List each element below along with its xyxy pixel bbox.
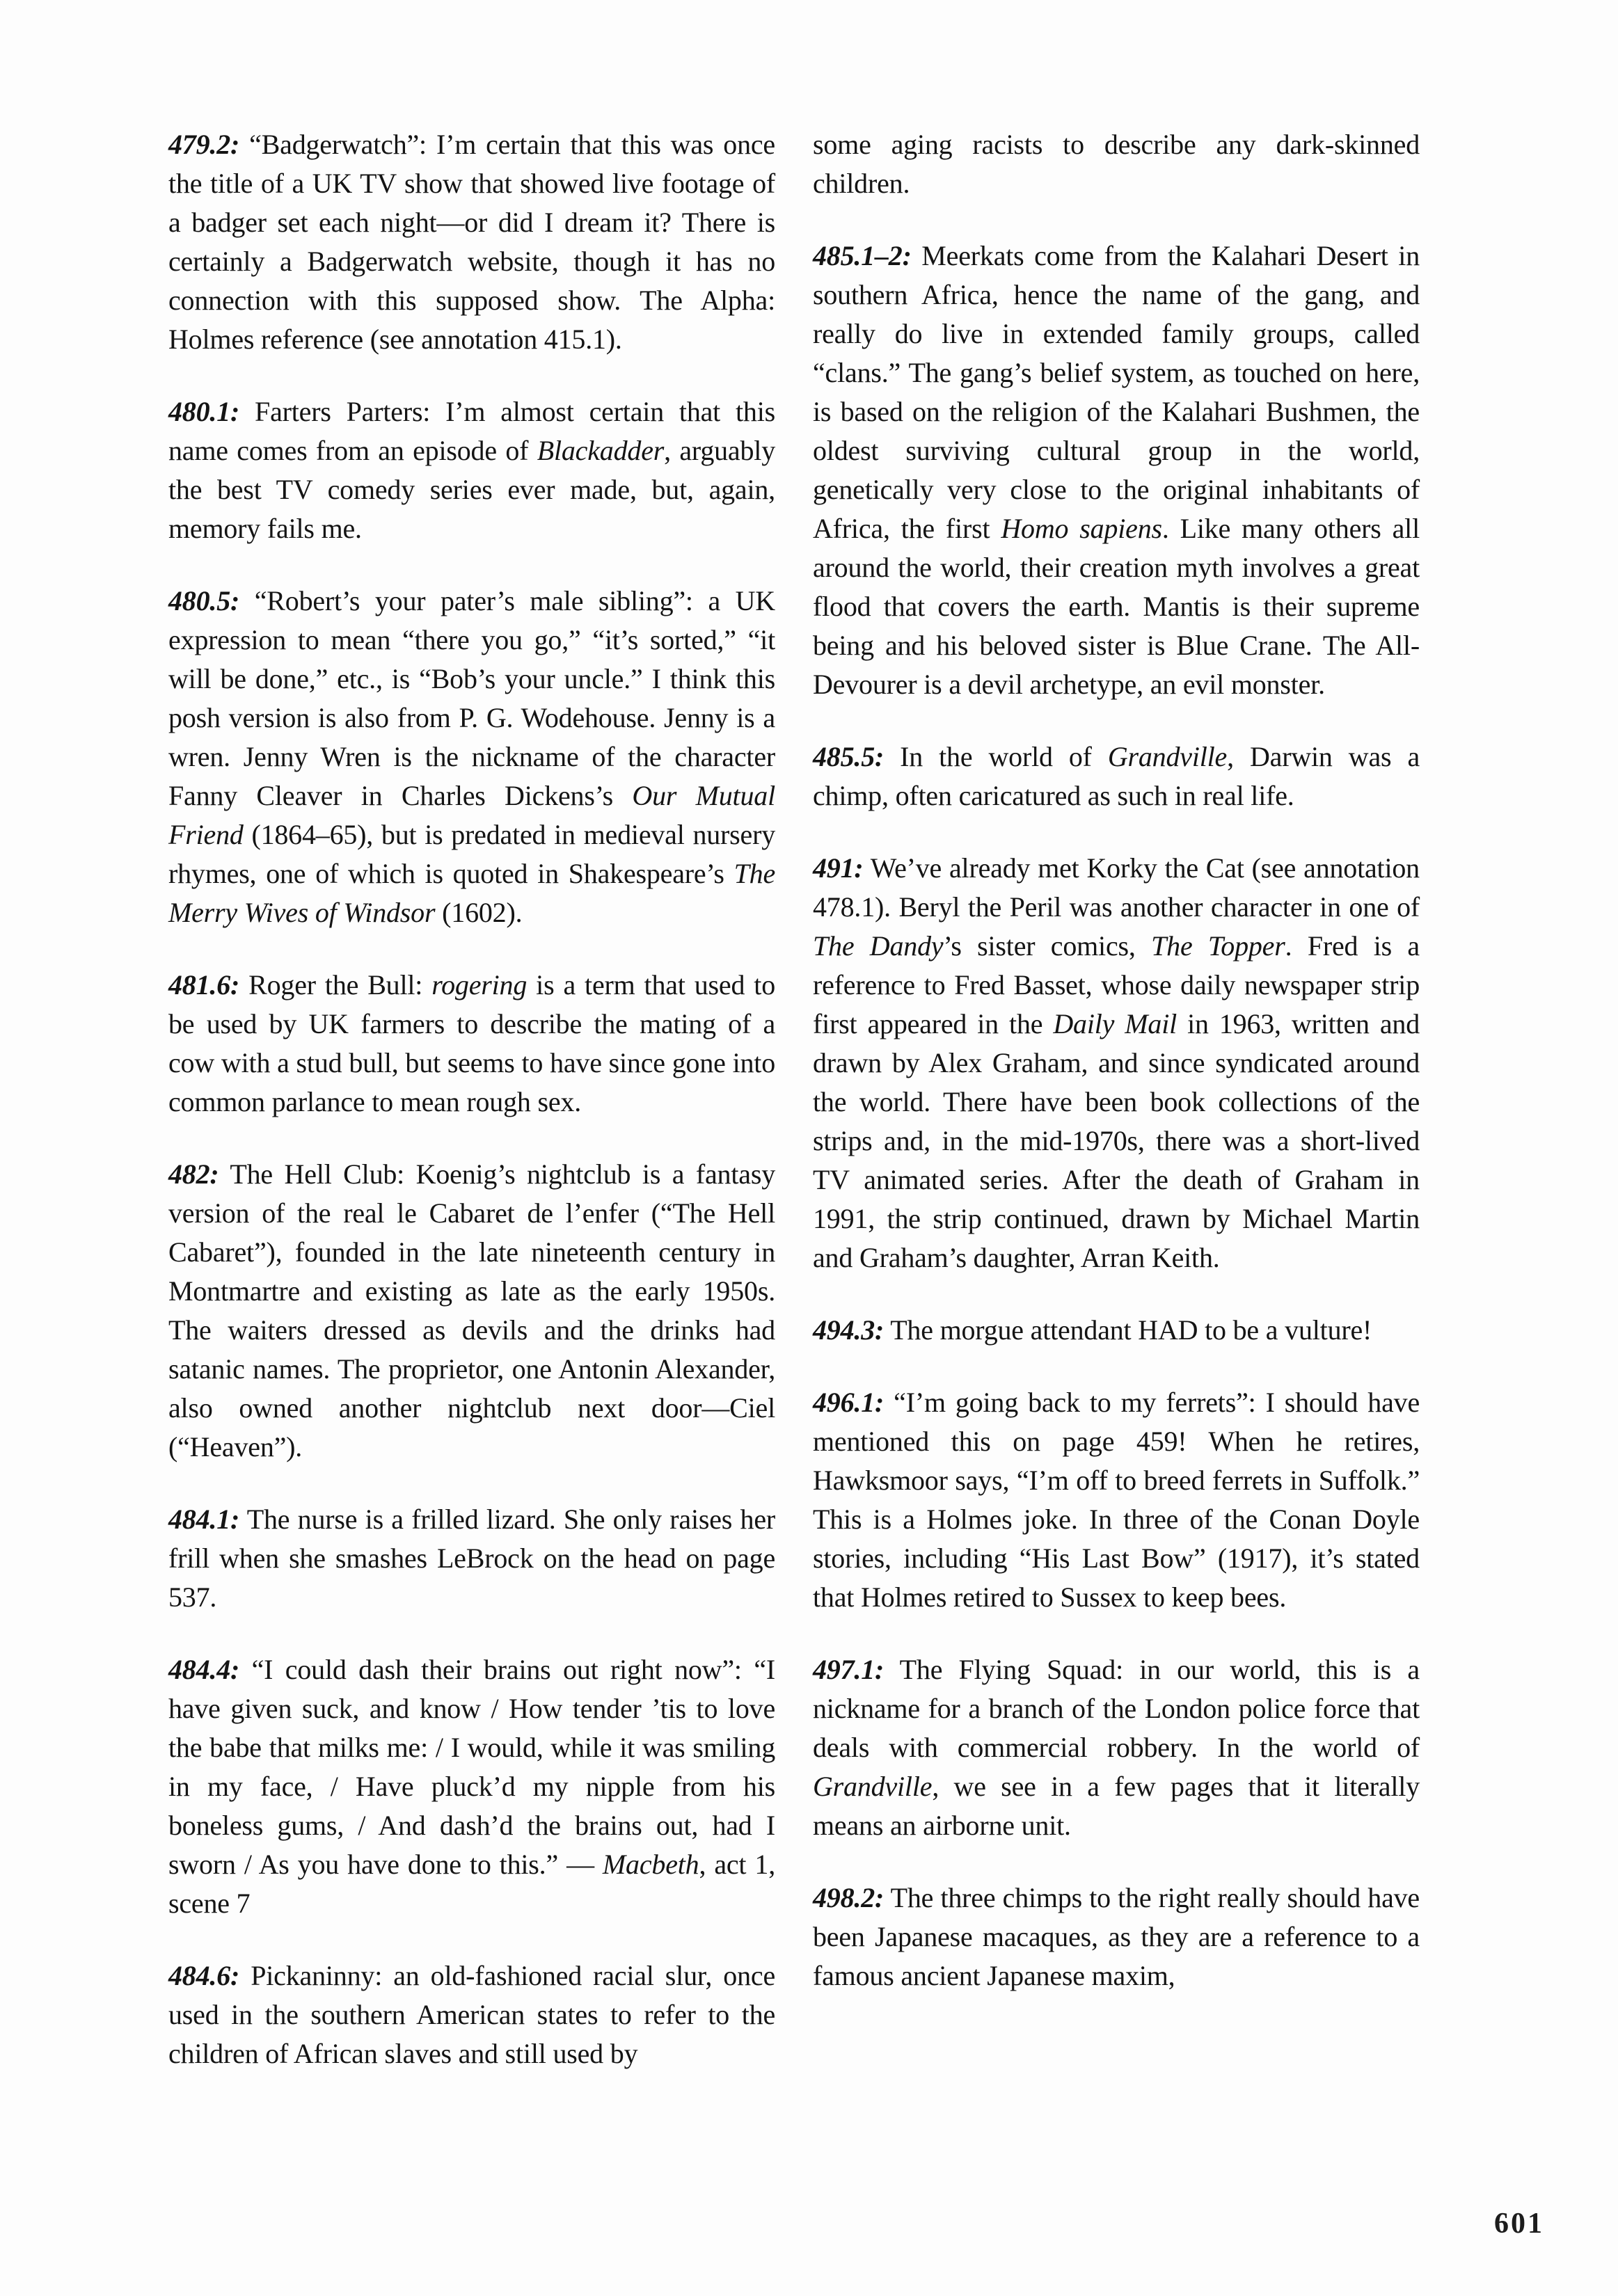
annotation-number: 484.6: <box>168 1960 239 1991</box>
text-run: The Hell Club: Koenig’s nightclub is a f… <box>168 1158 775 1462</box>
italic-title: Macbeth <box>603 1849 699 1880</box>
annotation-number: 480.1: <box>168 396 239 427</box>
annotation-paragraph: some aging racists to describe any dark-… <box>813 125 1420 203</box>
annotation-paragraph: 484.4: “I could dash their brains out ri… <box>168 1650 775 1923</box>
annotation-number: 479.2: <box>168 129 239 160</box>
text-run: Roger the Bull: <box>239 969 431 1000</box>
annotation-paragraph: 498.2: The three chimps to the right rea… <box>813 1879 1420 1995</box>
annotation-number: 482: <box>168 1158 219 1190</box>
text-run: “Badgerwatch”: I’m certain that this was… <box>168 129 775 355</box>
text-run: Meerkats come from the Kalahari Desert i… <box>813 240 1420 544</box>
text-run: “Robert’s your pater’s male sibling”: a … <box>168 585 775 811</box>
annotation-paragraph: 497.1: The Flying Squad: in our world, t… <box>813 1650 1420 1845</box>
text-run: Pickaninny: an old-fashioned racial slur… <box>168 1960 775 2069</box>
annotation-paragraph: 481.6: Roger the Bull: rogering is a ter… <box>168 966 775 1122</box>
annotation-paragraph: 484.6: Pickaninny: an old-fashioned raci… <box>168 1956 775 2073</box>
annotation-number: 494.3: <box>813 1314 884 1346</box>
text-column-left: 479.2: “Badgerwatch”: I’m certain that t… <box>168 125 775 2073</box>
annotation-number: 481.6: <box>168 969 239 1000</box>
annotation-paragraph: 484.1: The nurse is a frilled lizard. Sh… <box>168 1500 775 1617</box>
text-column-right: some aging racists to describe any dark-… <box>813 125 1420 1995</box>
annotation-number: 491: <box>813 852 864 884</box>
annotation-number: 498.2: <box>813 1882 884 1913</box>
annotation-paragraph: 485.1–2: Meerkats come from the Kalahari… <box>813 237 1420 704</box>
italic-title: Blackadder <box>537 435 664 466</box>
annotation-number: 496.1: <box>813 1387 884 1418</box>
text-run: some aging racists to describe any dark-… <box>813 129 1420 199</box>
text-run: (1864–65), but is predated in medieval n… <box>168 819 775 889</box>
text-run: The morgue attendant HAD to be a vulture… <box>884 1314 1372 1346</box>
book-page: 479.2: “Badgerwatch”: I’m certain that t… <box>0 0 1618 2296</box>
text-run: (1602). <box>435 897 522 928</box>
italic-title: The Dandy <box>813 930 943 962</box>
annotation-number: 485.1–2: <box>813 240 912 271</box>
page-number: 601 <box>1494 2207 1544 2240</box>
text-run: The three chimps to the right really sho… <box>813 1882 1420 1991</box>
annotation-paragraph: 494.3: The morgue attendant HAD to be a … <box>813 1311 1420 1350</box>
text-run: in 1963, written and drawn by Alex Graha… <box>813 1008 1420 1273</box>
annotation-paragraph: 496.1: “I’m going back to my ferrets”: I… <box>813 1383 1420 1617</box>
annotation-number: 497.1: <box>813 1654 884 1685</box>
annotation-paragraph: 480.1: Farters Parters: I’m almost certa… <box>168 392 775 548</box>
italic-title: Homo sapiens <box>1001 513 1162 544</box>
text-run: ’s sister comics, <box>943 930 1151 962</box>
text-run: We’ve already met Korky the Cat (see ann… <box>813 852 1420 923</box>
annotation-paragraph: 482: The Hell Club: Koenig’s nightclub i… <box>168 1155 775 1467</box>
text-run: In the world of <box>884 741 1108 772</box>
annotation-number: 485.5: <box>813 741 884 772</box>
italic-title: Daily Mail <box>1053 1008 1177 1039</box>
italic-title: Grandville <box>1108 741 1227 772</box>
text-run: The nurse is a frilled lizard. She only … <box>168 1504 775 1613</box>
text-run: “I could dash their brains out right now… <box>168 1654 775 1880</box>
annotation-number: 484.1: <box>168 1504 239 1535</box>
text-run: “I’m going back to my ferrets”: I should… <box>813 1387 1420 1613</box>
text-run: The Flying Squad: in our world, this is … <box>813 1654 1420 1763</box>
annotation-paragraph: 491: We’ve already met Korky the Cat (se… <box>813 849 1420 1277</box>
annotation-number: 484.4: <box>168 1654 239 1685</box>
italic-title: rogering <box>431 969 527 1000</box>
annotation-paragraph: 480.5: “Robert’s your pater’s male sibli… <box>168 582 775 932</box>
annotation-paragraph: 479.2: “Badgerwatch”: I’m certain that t… <box>168 125 775 359</box>
annotation-number: 480.5: <box>168 585 239 616</box>
italic-title: Grandville <box>813 1771 932 1802</box>
italic-title: The Topper <box>1151 930 1285 962</box>
annotation-paragraph: 485.5: In the world of Grandville, Darwi… <box>813 738 1420 815</box>
